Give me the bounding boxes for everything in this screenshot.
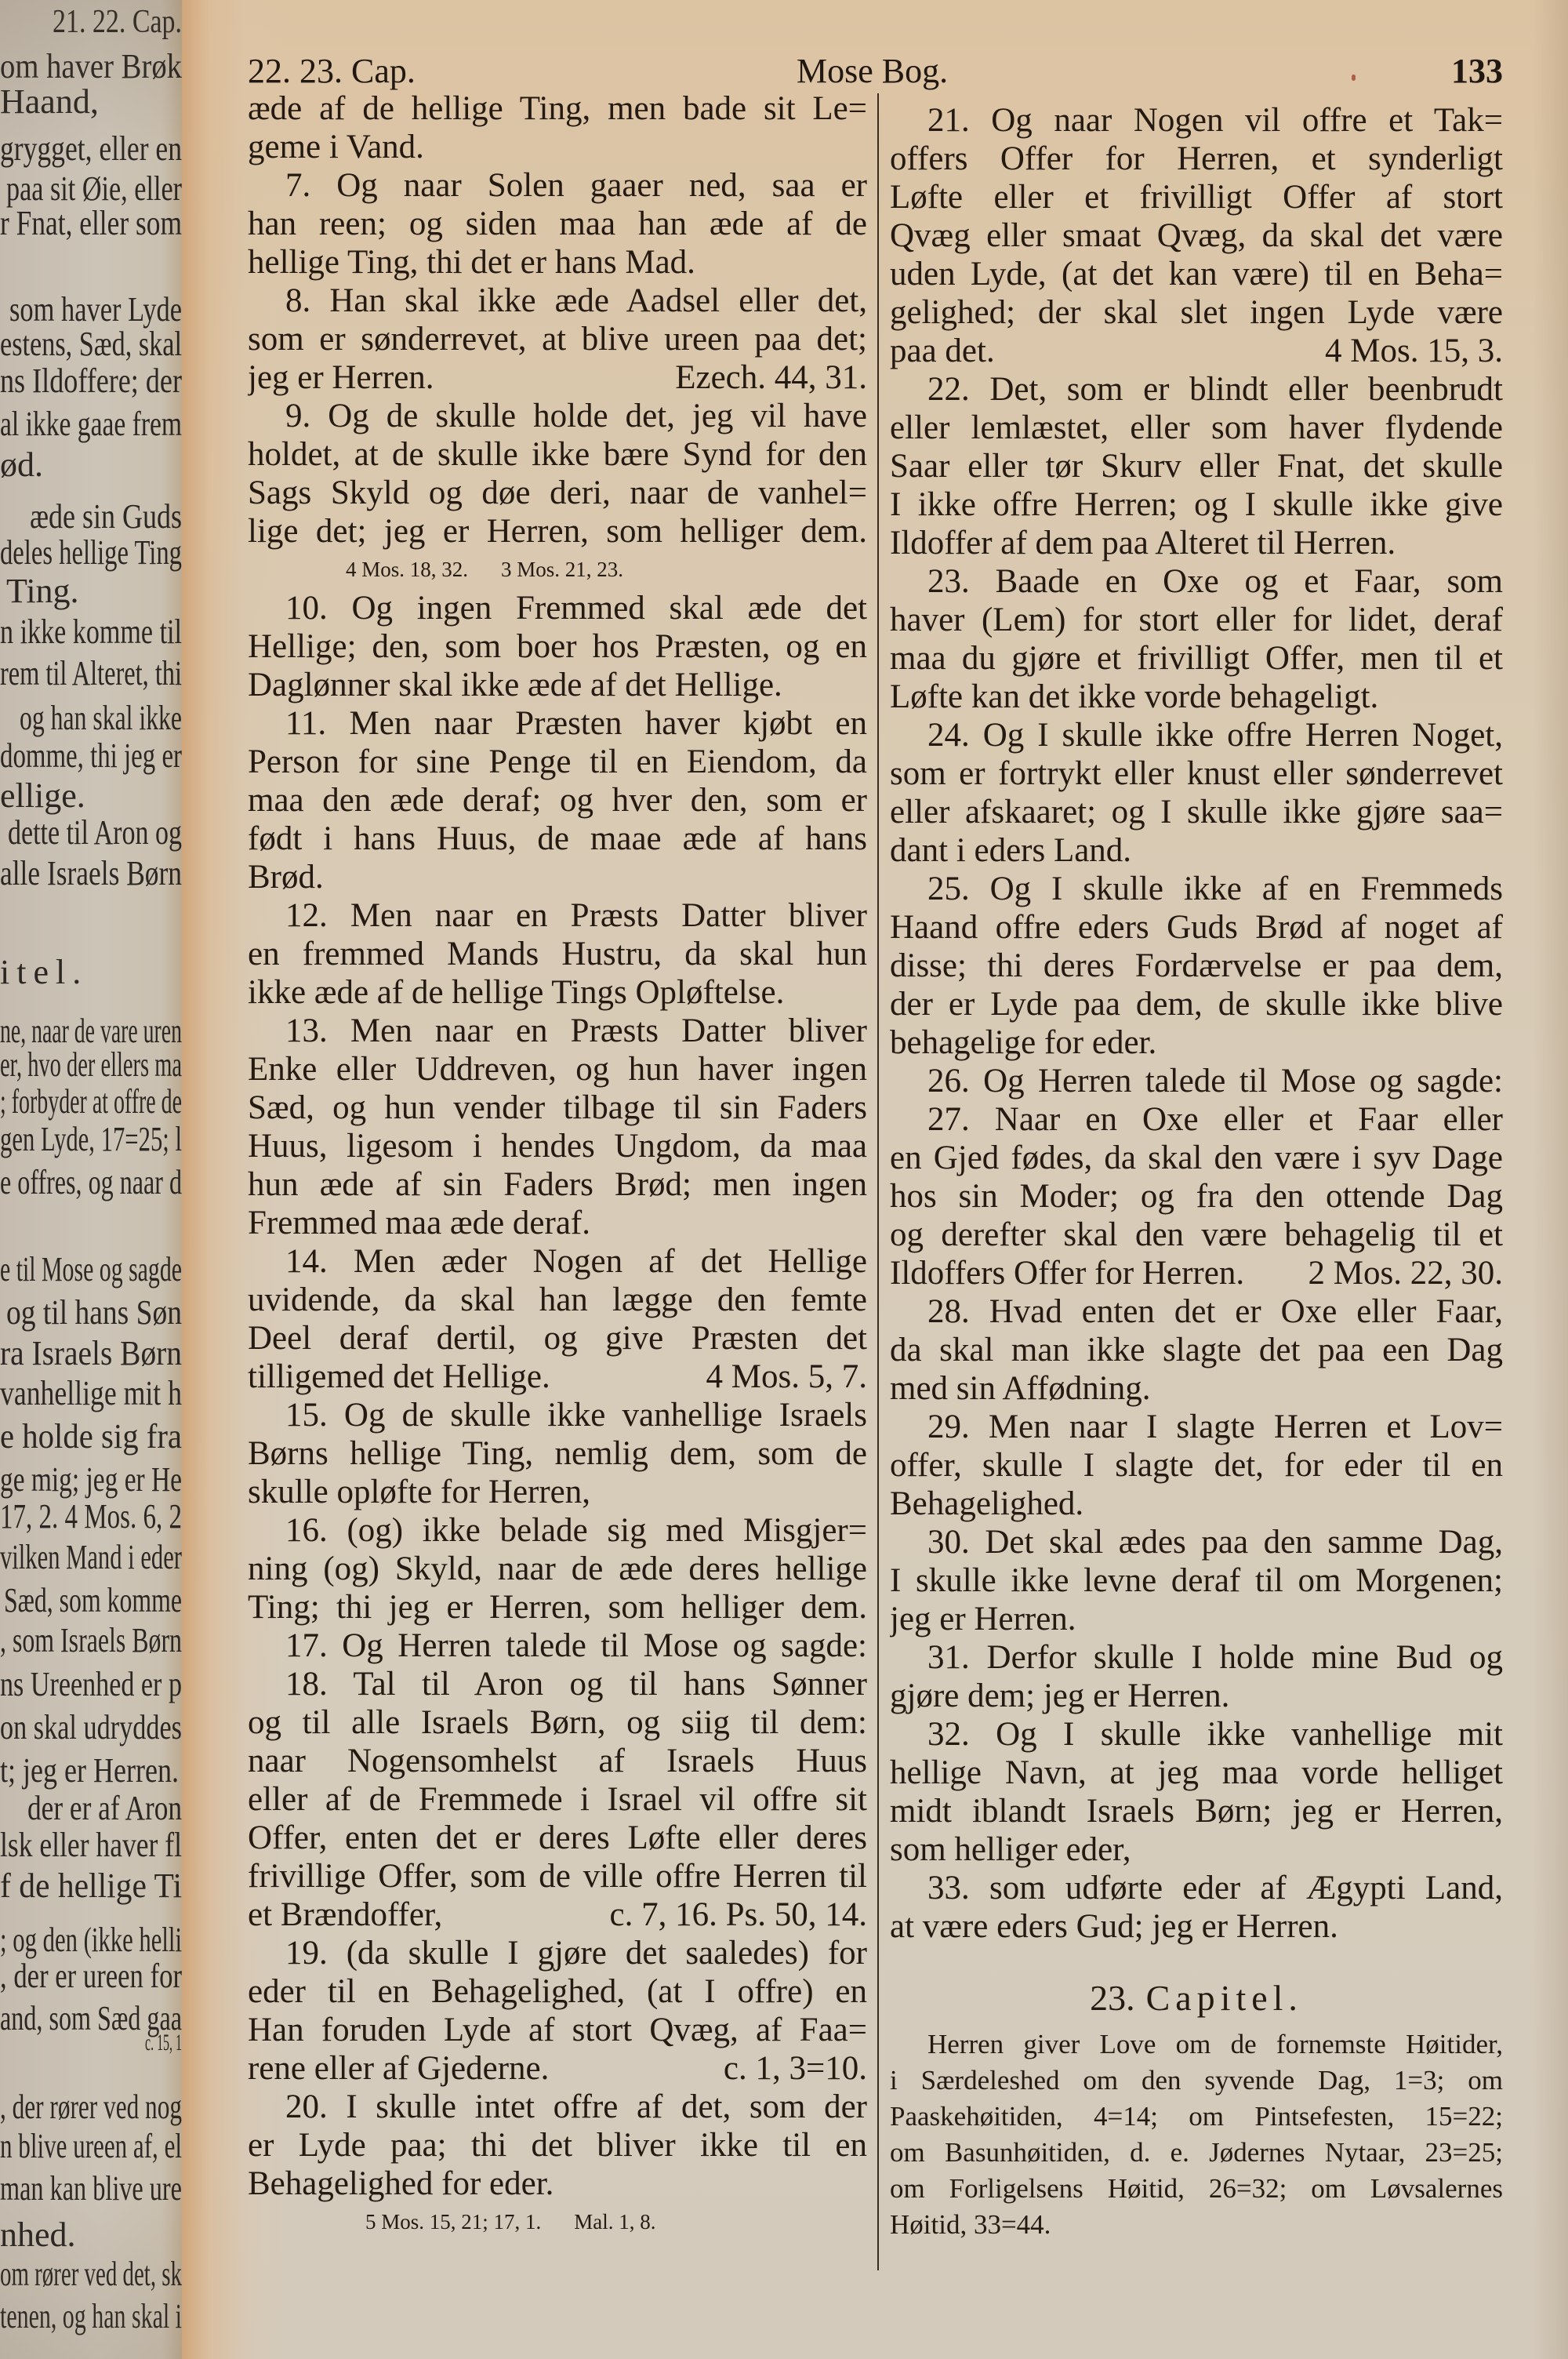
text-line: eder til en Behagelighed, (at I offre) e…	[248, 1972, 867, 2011]
text-line: med sin Affødning.	[890, 1369, 1503, 1408]
text-line: Ildoffer af dem paa Alteret til Herren.	[890, 524, 1503, 562]
cross-reference: 4 Mos. 15, 3.	[1325, 332, 1503, 370]
running-head-chapters: 22. 23. Cap.	[248, 52, 416, 90]
cross-reference: 3 Mos. 21, 23.	[501, 558, 623, 581]
cross-reference: 4 Mos. 5, 7.	[706, 1358, 867, 1396]
text-line: maa den æde deraf; og hver den, som er	[248, 781, 867, 820]
text-line: Offer, enten det er deres Løfte eller de…	[248, 1819, 867, 1857]
reference-line: 4 Mos. 18, 32.3 Mos. 21, 23.	[248, 551, 867, 589]
text-line: uvidende, da skal han lægge den femte	[248, 1281, 867, 1319]
verse-line: 12. Men naar en Præsts Datter bliver	[248, 896, 867, 935]
running-head-title: Mose Bog.	[797, 52, 948, 90]
text-line: gelighed; der skal slet ingen Lyde være	[890, 293, 1503, 332]
text-line: eller afskaaret; og I skulle ikke gjøre …	[890, 793, 1503, 831]
text-line: da skal man ikke slagte det paa een Dag	[890, 1331, 1503, 1369]
verse-line: 18. Tal til Aron og til hans Sønner	[248, 1665, 867, 1703]
text-line: Sæd, og hun vender tilbage til sin Fader…	[248, 1089, 867, 1127]
text-line: der er Lyde paa dem, de skulle ikke bliv…	[890, 985, 1503, 1023]
text-line: geme i Vand.	[248, 128, 867, 166]
line-text: paa det.	[890, 332, 995, 370]
text-line: frivillige Offer, som de ville offre Her…	[248, 1857, 867, 1896]
column-divider	[877, 93, 879, 2270]
verse-line: 31. Derfor skulle I holde mine Bud og	[890, 1638, 1503, 1677]
line-text: rene eller af Gjederne.	[248, 2049, 549, 2088]
verse-line: 25. Og I skulle ikke af en Fremmeds	[890, 870, 1503, 908]
text-line: Ting; thi jeg er Herren, som helliger de…	[248, 1588, 867, 1627]
facing-page-shadow	[0, 0, 183, 2359]
text-line: som er fortrykt eller knust eller sønder…	[890, 754, 1503, 793]
verse-line: 7. Og naar Solen gaaer ned, saa er	[248, 166, 867, 205]
left-column: æde af de hellige Ting, men bade sit Le=…	[248, 89, 867, 2241]
text-line: offers Offer for Herren, et synderligt	[890, 140, 1503, 178]
line-text: et Brændoffer,	[248, 1896, 442, 1934]
text-line: I skulle ikke levne deraf til om Morgene…	[890, 1561, 1503, 1600]
text-line: som er sønderrevet, at blive ureen paa d…	[248, 320, 867, 358]
text-line: Person for sine Penge til en Eiendom, da	[248, 743, 867, 781]
cross-reference: c. 7, 16. Ps. 50, 14.	[610, 1896, 867, 1934]
verse-line: 26. Og Herren talede til Mose og sagde:	[890, 1062, 1503, 1100]
text-line: Huus, ligesom i hendes Ungdom, da maa	[248, 1127, 867, 1165]
text-line: disse; thi deres Fordærvelse er paa dem,	[890, 947, 1503, 985]
cross-reference: Mal. 1, 8.	[574, 2210, 655, 2234]
verse-line: 15. Og de skulle ikke vanhellige Israels	[248, 1396, 867, 1434]
text-line: Daglønner skal ikke æde af det Hellige.	[248, 666, 867, 704]
text-line: at være eders Gud; jeg er Herren.	[890, 1907, 1503, 1946]
text-line: behagelige for eder.	[890, 1023, 1503, 1062]
verse-line: 27. Naar en Oxe eller et Faar eller	[890, 1100, 1503, 1139]
text-line: Sags Skyld og døe deri, naar de vanhel=	[248, 474, 867, 512]
verse-line: 21. Og naar Nogen vil offre et Tak=	[890, 101, 1503, 140]
summary-line: i Særdeleshed om den syvende Dag, 1=3; o…	[890, 2063, 1503, 2099]
text-line: æde af de hellige Ting, men bade sit Le=	[248, 89, 867, 128]
text-line: som helliger eder,	[890, 1830, 1503, 1869]
text-line: Løfte eller et frivilligt Offer af stort	[890, 178, 1503, 216]
summary-line: Paaskehøitiden, 4=14; om Pintsefesten, 1…	[890, 2099, 1503, 2135]
text-line: hellige Navn, at jeg maa vorde helliget	[890, 1754, 1503, 1792]
text-line: dant i eders Land.	[890, 831, 1503, 870]
text-line: Hellige; den, som boer hos Præsten, og e…	[248, 627, 867, 666]
text-line: Deel deraf dertil, og give Præsten det	[248, 1319, 867, 1358]
text-line: en fremmed Mands Hustru, da skal hun	[248, 935, 867, 973]
chapter-summary: Herren giver Love om de fornemste Høitid…	[890, 2026, 1503, 2243]
verse-line: 24. Og I skulle ikke offre Herren Noget,	[890, 716, 1503, 754]
text-line: haver (Lem) for stort eller for lidet, d…	[890, 601, 1503, 639]
text-line: uden Lyde, (at det kan være) til en Beha…	[890, 255, 1503, 293]
text-line: lige det; jeg er Herren, som helliger de…	[248, 512, 867, 551]
text-line: gjøre dem; jeg er Herren.	[890, 1677, 1503, 1715]
text-line: naar Nogensomhelst af Israels Huus	[248, 1742, 867, 1780]
line-text: Ildoffers Offer for Herren.	[890, 1254, 1244, 1292]
text-line: er Lyde paa; thi det bliver ikke til en	[248, 2126, 867, 2165]
text-line: eller lemlæstet, eller som haver flydend…	[890, 409, 1503, 447]
ink-spot	[1352, 75, 1356, 81]
verse-line: 33. som udførte eder af Ægypti Land,	[890, 1869, 1503, 1907]
summary-line: om Forligelsens Høitid, 26=32; om Løvsal…	[890, 2171, 1503, 2207]
text-line: maa du gjøre et frivilligt Offer, men ti…	[890, 639, 1503, 678]
verse-line: 29. Men naar I slagte Herren et Lov=	[890, 1408, 1503, 1446]
verse-line: 17. Og Herren talede til Mose og sagde:	[248, 1627, 867, 1665]
chapter-heading: 23.Capitel.	[890, 1975, 1503, 2022]
line-text: jeg er Herren.	[248, 358, 434, 397]
reference-line: 5 Mos. 15, 21; 17, 1.Mal. 1, 8.	[248, 2203, 867, 2241]
text-line: Fremmed maa æde deraf.	[248, 1204, 867, 1242]
verse-line: 14. Men æder Nogen af det Hellige	[248, 1242, 867, 1281]
page-number: 133	[1451, 52, 1503, 90]
verse-line: 9. Og de skulle holde det, jeg vil have	[248, 397, 867, 435]
text-line-with-reference: paa det.4 Mos. 15, 3.	[890, 332, 1503, 370]
text-line: offer, skulle I slagte det, for eder til…	[890, 1446, 1503, 1485]
right-column: 21. Og naar Nogen vil offre et Tak= offe…	[890, 101, 1503, 2243]
text-line: Enke eller Uddreven, og hun haver ingen	[248, 1050, 867, 1089]
text-line: ikke æde af de hellige Tings Opløftelse.	[248, 973, 867, 1012]
text-line: hos sin Moder; og fra den ottende Dag	[890, 1177, 1503, 1216]
text-line: Brød.	[248, 858, 867, 896]
text-line: ning (og) Skyld, naar de æde deres helli…	[248, 1550, 867, 1588]
verse-line: 22. Det, som er blindt eller beenbrudt	[890, 370, 1503, 409]
summary-line: om Basunhøitiden, d. e. Jødernes Nytaar,…	[890, 2135, 1503, 2171]
text-line: jeg er Herren.	[890, 1600, 1503, 1638]
text-line: en Gjed fødes, da skal den være i syv Da…	[890, 1139, 1503, 1177]
verse-line: 20. I skulle intet offre af det, som der	[248, 2088, 867, 2126]
verse-line: 32. Og I skulle ikke vanhellige mit	[890, 1715, 1503, 1754]
text-line: og til alle Israels Børn, og siig til de…	[248, 1703, 867, 1742]
verse-line: 28. Hvad enten det er Oxe eller Faar,	[890, 1292, 1503, 1331]
text-line: og derefter skal den være behagelig til …	[890, 1216, 1503, 1254]
facing-page: 21. 22. Cap. om haver Brøk Haand, grygge…	[0, 0, 183, 2359]
verse-line: 11. Men naar Præsten haver kjøbt en	[248, 704, 867, 743]
verse-line: 23. Baade en Oxe og et Faar, som	[890, 562, 1503, 601]
cross-reference: Ezech. 44, 31.	[675, 358, 867, 397]
text-line: Saar eller tør Skurv eller Fnat, det sku…	[890, 447, 1503, 485]
summary-line: Herren giver Love om de fornemste Høitid…	[890, 2026, 1503, 2063]
verse-line: 13. Men naar en Præsts Datter bliver	[248, 1012, 867, 1050]
text-line: hun æde af sin Faders Brød; men ingen	[248, 1165, 867, 1204]
cross-reference: 4 Mos. 18, 32.	[346, 558, 468, 581]
verse-line: 16. (og) ikke belade sig med Misgjer=	[248, 1511, 867, 1550]
cross-reference: 5 Mos. 15, 21; 17, 1.	[365, 2210, 541, 2234]
text-line: hellige Ting, thi det er hans Mad.	[248, 243, 867, 282]
verse-line: 8. Han skal ikke æde Aadsel eller det,	[248, 282, 867, 320]
chapter-number: 23.	[1090, 1978, 1135, 2018]
verse-line: 10. Og ingen Fremmed skal æde det	[248, 589, 867, 627]
text-line: skulle opløfte for Herren,	[248, 1473, 867, 1511]
text-line-with-reference: Ildoffers Offer for Herren.2 Mos. 22, 30…	[890, 1254, 1503, 1292]
text-line: Han foruden Lyde af stort Qvæg, af Faa=	[248, 2011, 867, 2049]
line-text: tilligemed det Hellige.	[248, 1358, 550, 1396]
text-line: han reen; og siden maa han æde af de	[248, 205, 867, 243]
text-line: eller af de Fremmede i Israel vil offre …	[248, 1780, 867, 1819]
text-line-with-reference: rene eller af Gjederne.c. 1, 3=10.	[248, 2049, 867, 2088]
text-line: I ikke offre Herren; og I skulle ikke gi…	[890, 485, 1503, 524]
text-line: holdet, at de skulle ikke bære Synd for …	[248, 435, 867, 474]
text-line-with-reference: tilligemed det Hellige.4 Mos. 5, 7.	[248, 1358, 867, 1396]
text-line-with-reference: jeg er Herren.Ezech. 44, 31.	[248, 358, 867, 397]
verse-line: 30. Det skal ædes paa den samme Dag,	[890, 1523, 1503, 1561]
text-line: født i hans Huus, de maae æde af hans	[248, 820, 867, 858]
text-line: midt iblandt Israels Børn; jeg er Herren…	[890, 1792, 1503, 1830]
text-line-with-reference: et Brændoffer,c. 7, 16. Ps. 50, 14.	[248, 1896, 867, 1934]
chapter-word: Capitel.	[1146, 1978, 1303, 2018]
text-line: Haand offre eders Guds Brød af noget af	[890, 908, 1503, 947]
text-line: Qvæg eller smaat Qvæg, da skal det være	[890, 216, 1503, 255]
verse-line: 19. (da skulle I gjøre det saaledes) for	[248, 1934, 867, 1972]
cross-reference: 2 Mos. 22, 30.	[1308, 1254, 1503, 1292]
text-line: Behagelighed for eder.	[248, 2165, 867, 2203]
text-line: Behagelighed.	[890, 1485, 1503, 1523]
cross-reference: c. 1, 3=10.	[724, 2049, 867, 2088]
text-line: Løfte kan det ikke vorde behageligt.	[890, 678, 1503, 716]
summary-line: Høitid, 33=44.	[890, 2207, 1503, 2243]
text-line: Børns hellige Ting, nemlig dem, som de	[248, 1434, 867, 1473]
